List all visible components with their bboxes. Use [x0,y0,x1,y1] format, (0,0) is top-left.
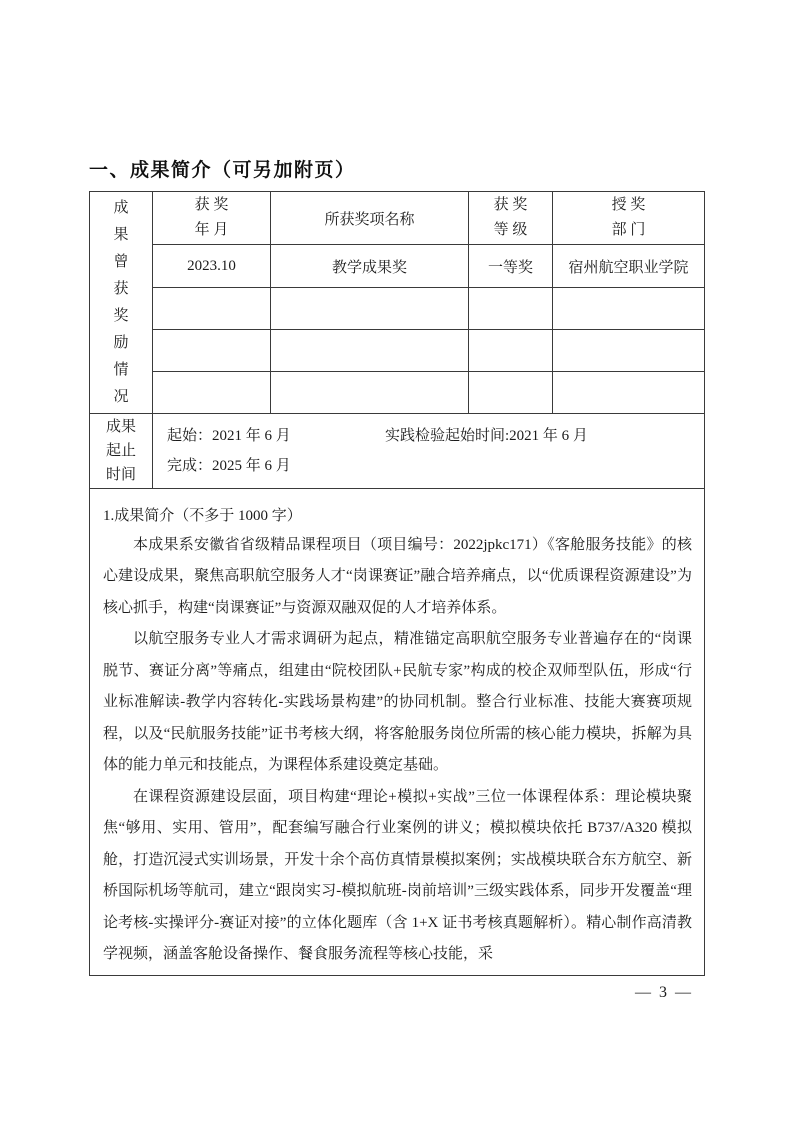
header-award-department-line2: 部 门 [553,218,704,243]
award-department: 宿州航空职业学院 [553,245,705,288]
duration-finish-date: 完成：2025 年 6 月 [167,451,291,481]
award-row-2 [90,288,705,330]
award-grade: 一等奖 [469,245,553,288]
award-year [153,372,271,414]
duration-section-label-text: 成果 起止 时间 [90,415,152,487]
intro-heading: 1.成果简介（不多于 1000 字） [103,503,692,530]
header-award-date-line1: 获 奖 [153,193,270,218]
header-award-date-line2: 年 月 [153,218,270,243]
award-name [271,288,469,330]
award-name [271,330,469,372]
award-name: 教学成果奖 [271,245,469,288]
awards-section-label: 成 果 曾 获 奖 励 情 况 [90,192,153,414]
award-grade [469,372,553,414]
intro-row: 1.成果简介（不多于 1000 字） 本成果系安徽省省级精品课程项目（项目编号：… [90,489,705,976]
header-award-date: 获 奖 年 月 [153,192,271,245]
header-award-grade-line2: 等 级 [469,218,552,243]
page-number: — 3 — [635,984,693,1002]
award-department [553,288,705,330]
award-row-3 [90,330,705,372]
award-department [553,330,705,372]
intro-paragraph-3: 在课程资源建设层面，项目构建“理论+模拟+实战”三位一体课程体系：理论模块聚焦“… [103,782,692,971]
award-year: 2023.10 [153,245,271,288]
award-row-1: 2023.10 教学成果奖 一等奖 宿州航空职业学院 [90,245,705,288]
duration-practice-check-date: 实践检验起始时间:2021 年 6 月 [385,421,588,451]
achievement-form-table: 成 果 曾 获 奖 励 情 况 获 奖 年 月 所获奖项名称 [89,191,705,976]
award-grade [469,288,553,330]
duration-content: 起始：2021 年 6 月 实践检验起始时间:2021 年 6 月 完成：202… [153,414,705,489]
award-name [271,372,469,414]
award-year [153,330,271,372]
intro-paragraph-2: 以航空服务专业人才需求调研为起点，精准锚定高职航空服务专业普遍存在的“岗课脱节、… [103,624,692,782]
awards-header-row: 成 果 曾 获 奖 励 情 况 获 奖 年 月 所获奖项名称 [90,192,705,245]
document-page: 一、成果简介（可另加附页） 成 果 曾 获 奖 励 情 [0,0,793,1122]
award-row-4 [90,372,705,414]
intro-section: 1.成果简介（不多于 1000 字） 本成果系安徽省省级精品课程项目（项目编号：… [90,489,705,976]
duration-start-date: 起始：2021 年 6 月 [167,421,385,451]
header-award-name: 所获奖项名称 [271,192,469,245]
award-year [153,288,271,330]
page-title: 一、成果简介（可另加附页） [89,155,704,182]
duration-section-label: 成果 起止 时间 [90,414,153,489]
header-award-grade: 获 奖 等 级 [469,192,553,245]
intro-paragraph-1: 本成果系安徽省省级精品课程项目（项目编号：2022jpkc171）《客舱服务技能… [103,530,692,625]
header-award-department: 授 奖 部 门 [553,192,705,245]
award-department [553,372,705,414]
awards-section-label-text: 成 果 曾 获 奖 励 情 况 [90,195,152,411]
header-award-grade-line1: 获 奖 [469,193,552,218]
award-grade [469,330,553,372]
duration-row: 成果 起止 时间 起始：2021 年 6 月 实践检验起始时间:2021 年 6… [90,414,705,489]
header-award-department-line1: 授 奖 [553,193,704,218]
